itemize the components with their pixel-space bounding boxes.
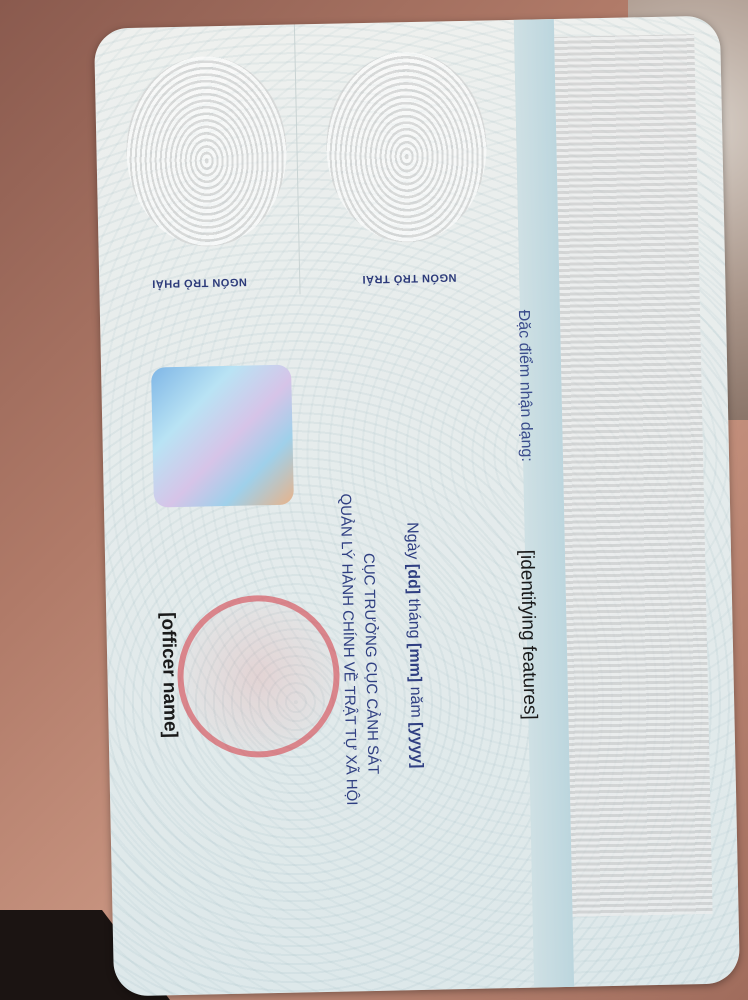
- identifying-features-value: [identifying features]: [515, 549, 541, 719]
- identifying-features-label: Đặc điểm nhận dạng:: [514, 310, 535, 462]
- fingerprint-label: NGÓN TRỎ TRÁI: [299, 270, 519, 287]
- fingerprint-placeholder: [325, 50, 489, 243]
- fingerprint-label: NGÓN TRỎ PHẢI: [99, 274, 299, 290]
- fingerprint-box-right-index: NGÓN TRỎ PHẢI: [94, 24, 301, 298]
- fingerprint-box-left-index: NGÓN TRỎ TRÁI: [294, 20, 521, 295]
- officer-name: [officer name]: [156, 612, 181, 738]
- barcode-placeholder: [554, 34, 712, 917]
- id-card-back: NGÓN TRỎ PHẢI NGÓN TRỎ TRÁI Đặc điểm nhậ…: [94, 16, 740, 997]
- fingerprint-placeholder: [125, 55, 289, 248]
- hologram-icon: [151, 365, 294, 508]
